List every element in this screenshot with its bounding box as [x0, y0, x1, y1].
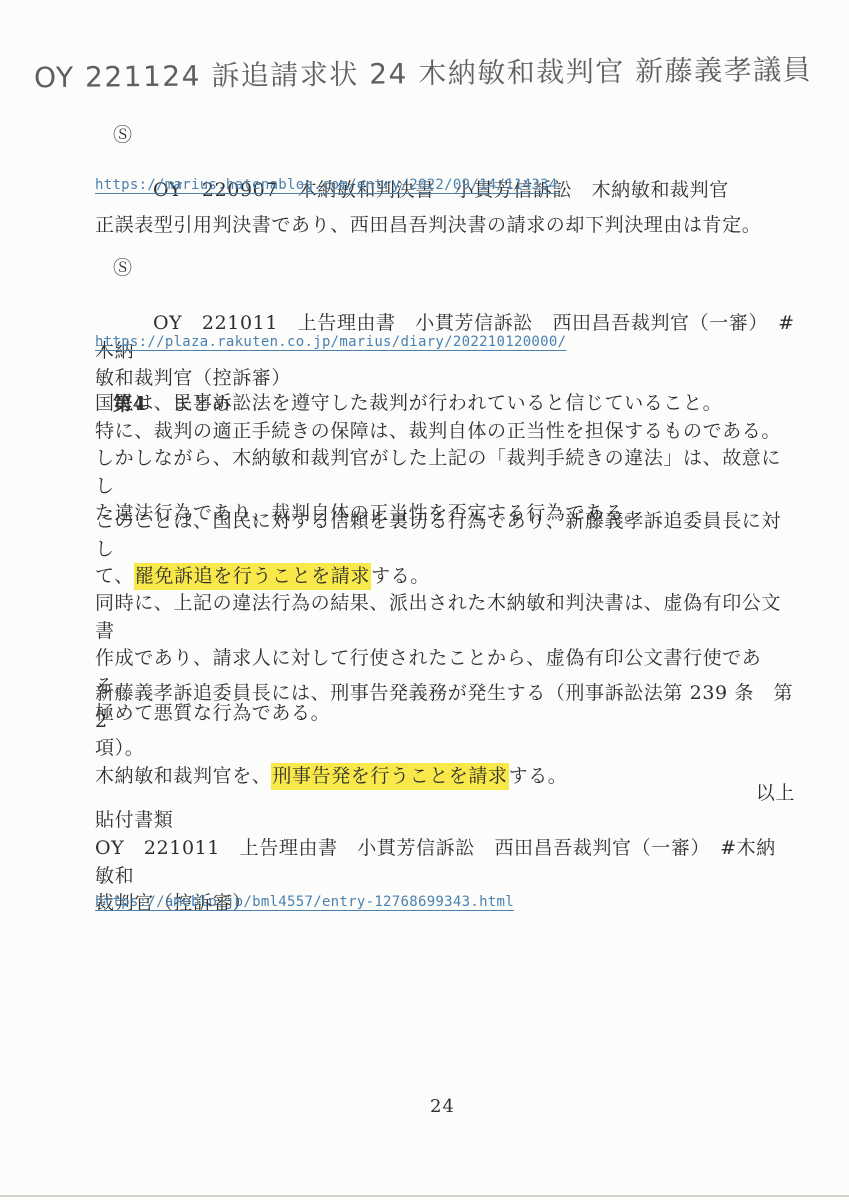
- scanned-document-page: OY 221124 訴追請求状 24 木納敏和裁判官 新藤義孝議員 Ⓢ OY 2…: [0, 0, 849, 1200]
- correction-note: 正誤表型引用判決書であり、西田昌吾判決書の請求の却下判決理由は肯定。: [95, 212, 795, 240]
- link-line-3: https://ameblo.jp/bml4557/entry-12768699…: [95, 889, 795, 917]
- link-line-2: https://plaza.rakuten.co.jp/marius/diary…: [95, 329, 795, 357]
- impeachment-request-highlight: 罷免訴追を行うことを請求: [134, 563, 371, 590]
- summary-paragraph-2: このことは、国民に対する信頼を裏切る行為であり、新藤義孝訴追委員長に対し て、罷…: [95, 508, 795, 591]
- scanner-edge-artifact: [0, 1195, 849, 1197]
- attachments-heading: 貼付書類: [95, 807, 795, 835]
- handwritten-title: OY 221124 訴追請求状 24 木納敏和裁判官 新藤義孝議員: [34, 48, 834, 96]
- link-line-1: https://marius.hatenablog.com/entry/2022…: [95, 172, 795, 200]
- summary-paragraph-1: 国民は、民事訴訟法を遵守した裁判が行われていると信じていること。 特に、裁判の適…: [95, 390, 795, 528]
- hatenablog-link[interactable]: https://marius.hatenablog.com/entry/2022…: [95, 177, 558, 193]
- rakuten-link[interactable]: https://plaza.rakuten.co.jp/marius/diary…: [95, 334, 566, 350]
- ameblo-link[interactable]: https://ameblo.jp/bml4557/entry-12768699…: [95, 894, 514, 910]
- closing-ijou: 以上: [95, 780, 795, 808]
- para2-tail: する。: [371, 565, 430, 587]
- page-number: 24: [0, 1096, 849, 1117]
- summary-paragraph-4: 新藤義孝訴追委員長には、刑事告発義務が発生する（刑事訴訟法第 239 条 第2 …: [95, 680, 795, 790]
- circled-s-icon: Ⓢ: [113, 122, 132, 150]
- circled-s-icon: Ⓢ: [113, 255, 132, 283]
